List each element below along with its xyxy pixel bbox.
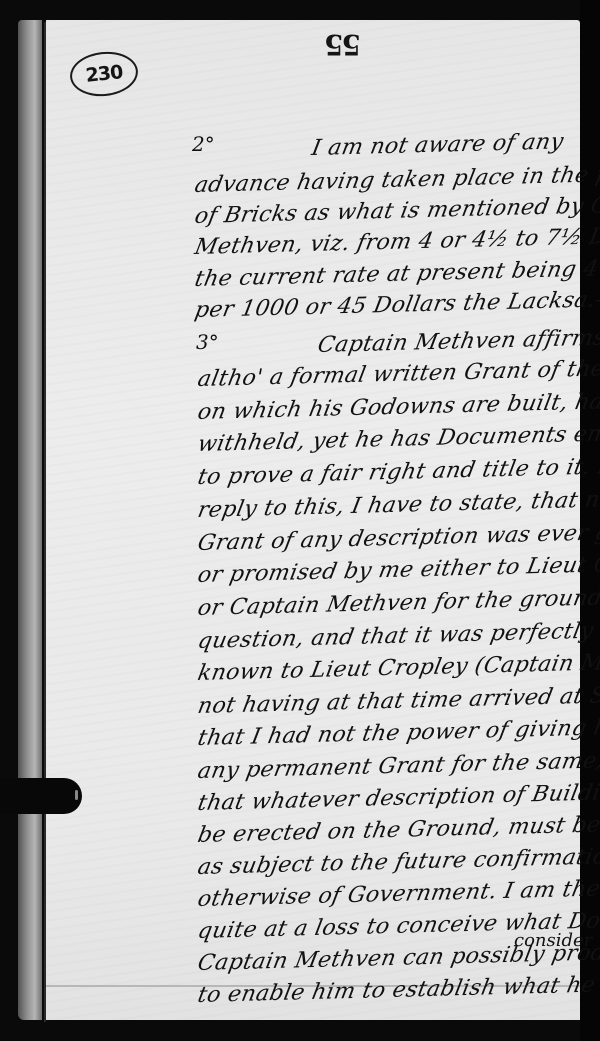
binding-tab — [0, 778, 82, 814]
paragraph-number-3: 3° — [196, 330, 219, 354]
paragraph-number-2: 2° — [192, 132, 215, 156]
scan-background: 230 55 2° I am not aware of any advance … — [0, 0, 600, 1041]
stamp-number: 55 — [326, 28, 361, 61]
binding-strip — [18, 20, 42, 1020]
catchword: consider — [514, 930, 592, 951]
